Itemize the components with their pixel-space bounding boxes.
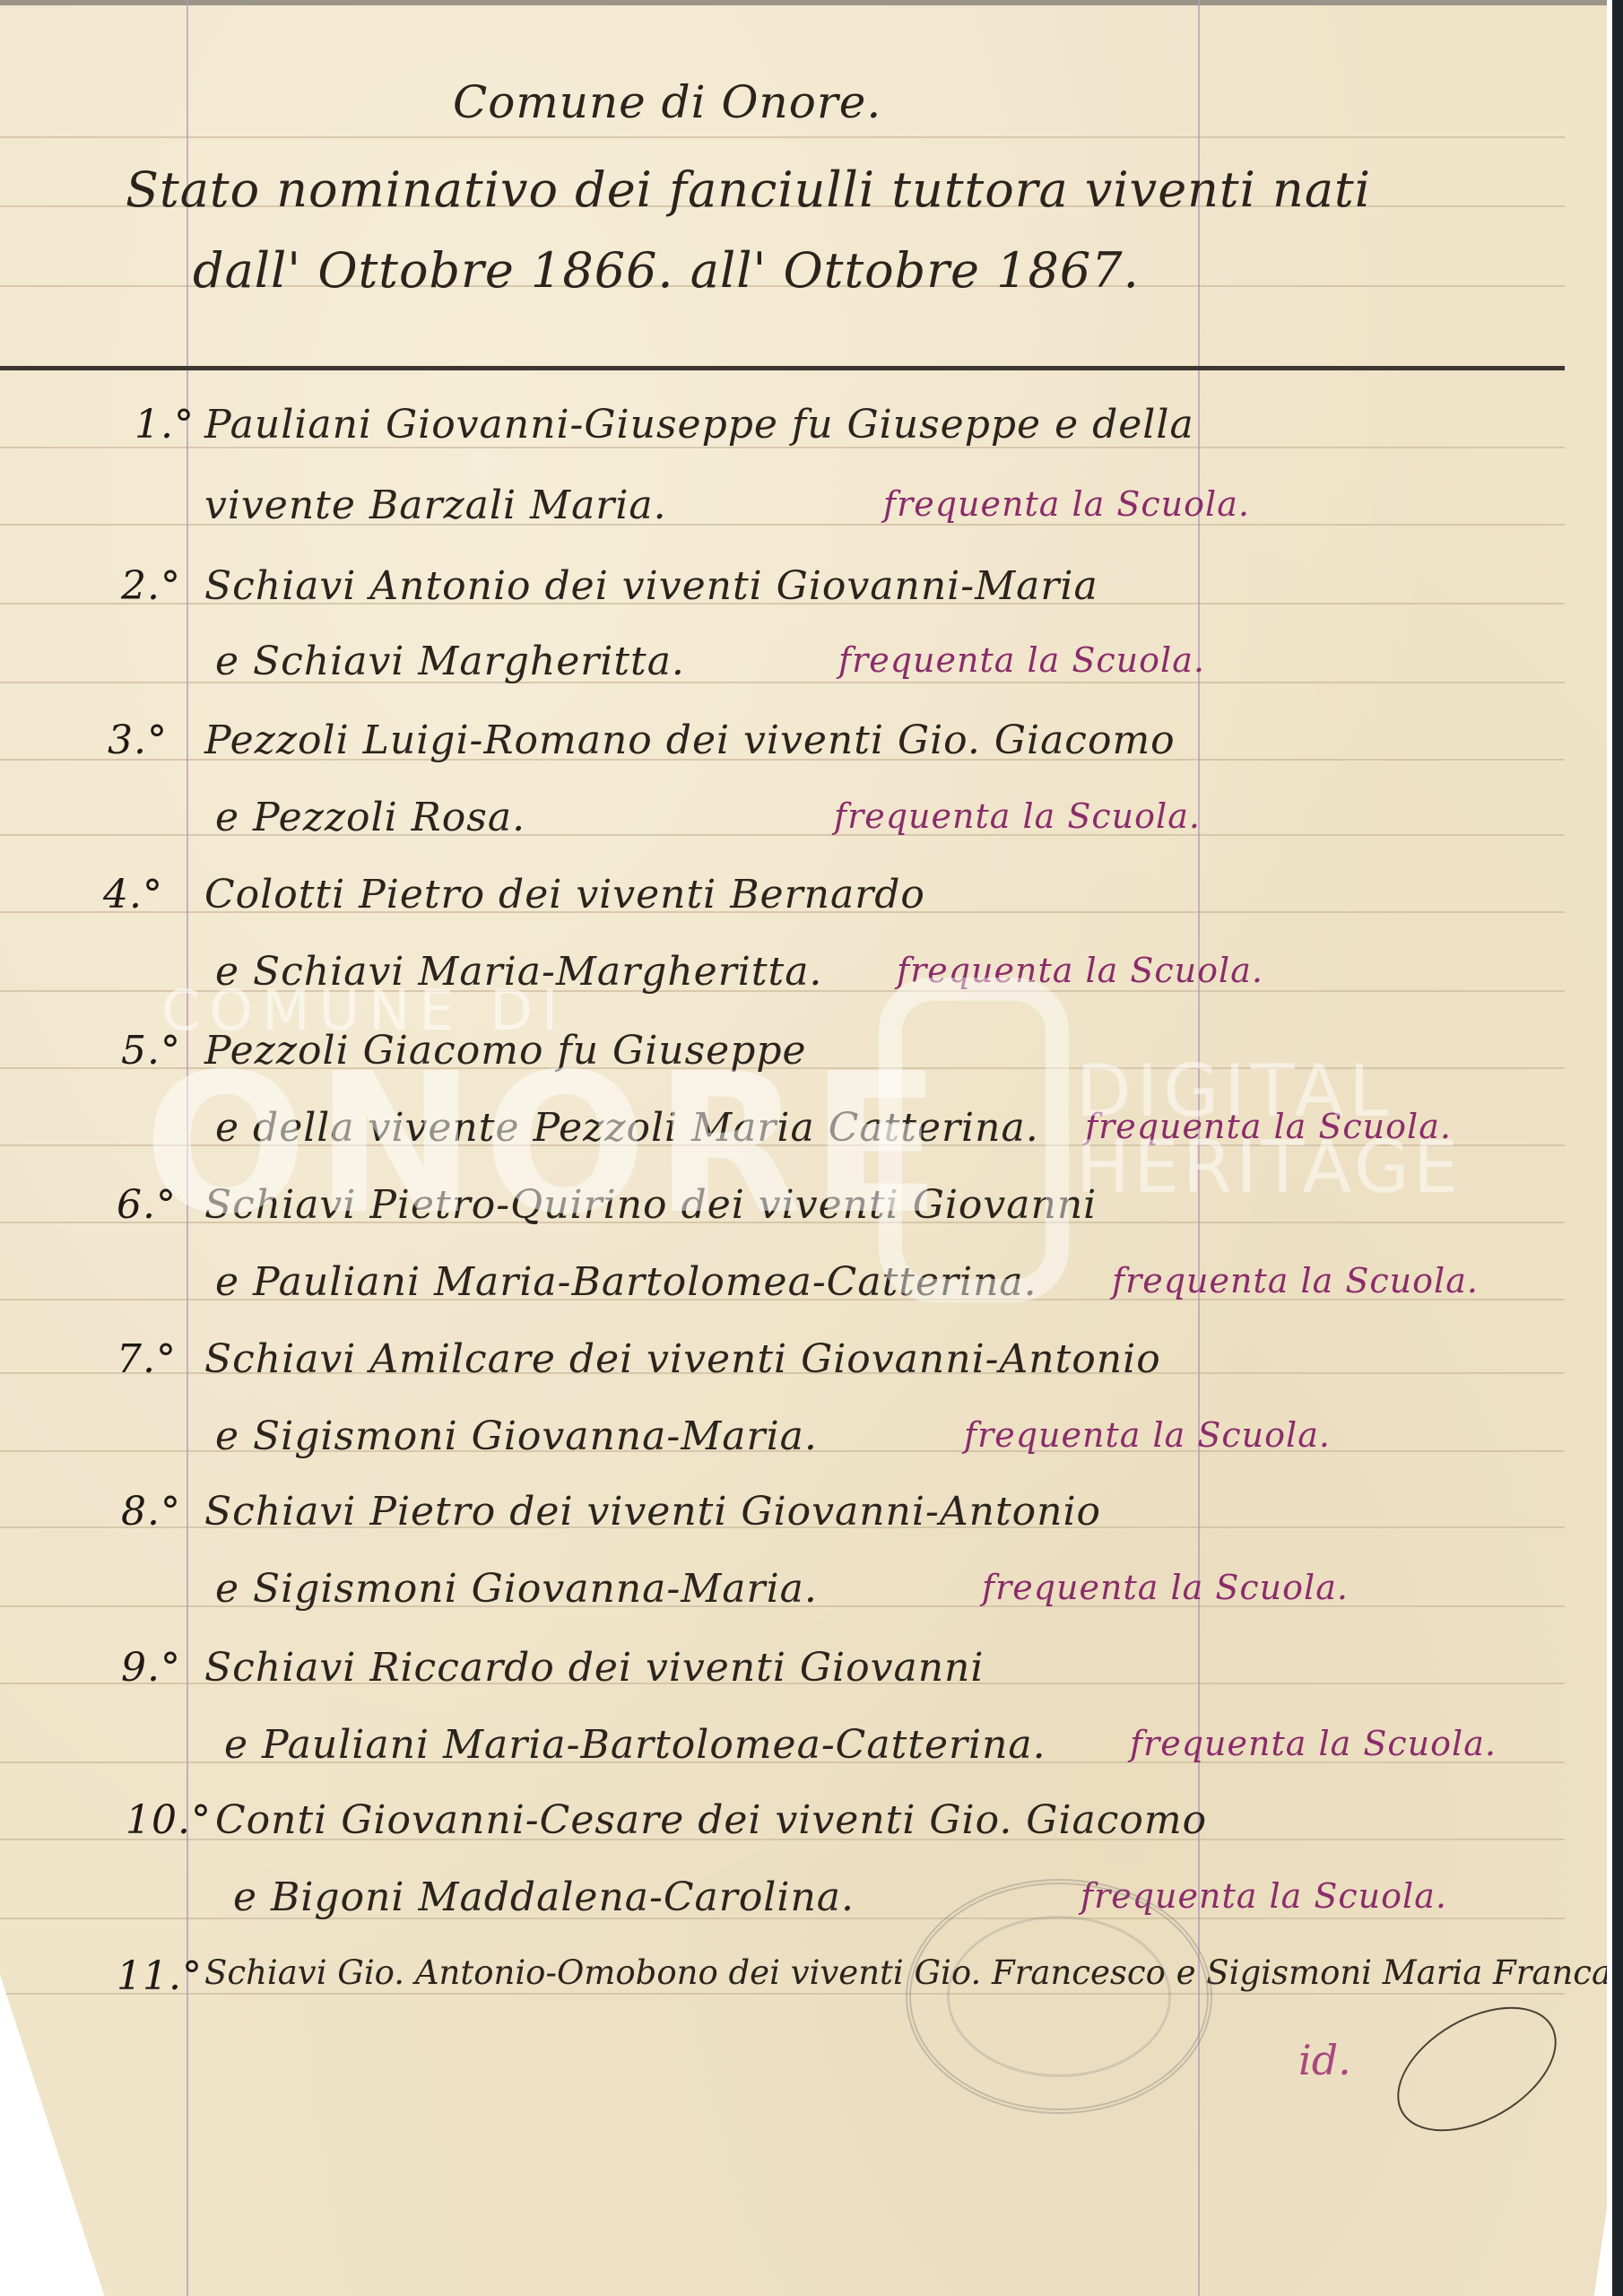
entry-line-1: Schiavi Amilcare dei viventi Giovanni-An… <box>204 1336 1161 1382</box>
entry-number: 7.° <box>117 1336 177 1382</box>
entry-number: 5.° <box>121 1028 181 1074</box>
entry-number: 10.° <box>126 1797 212 1843</box>
header-divider-rule <box>0 366 1565 370</box>
entry-number: 2.° <box>121 563 181 609</box>
school-attendance-note: frequenta la Scuola. <box>964 1415 1331 1455</box>
entry-number: 1.° <box>135 402 195 448</box>
ruled-line <box>0 136 1565 138</box>
ruled-line <box>0 1993 1565 1995</box>
school-attendance-note: frequenta la Scuola. <box>1085 1107 1452 1146</box>
entry-line-2: e Bigoni Maddalena-Carolina. <box>233 1874 855 1920</box>
entry-number: 9.° <box>121 1645 181 1691</box>
scan-border-dark <box>1612 0 1623 2296</box>
entry-line-1: Schiavi Pietro-Quirino dei viventi Giova… <box>204 1182 1097 1228</box>
document-title-line-1: Stato nominativo dei fanciulli tuttora v… <box>126 161 1371 218</box>
left-margin-line <box>187 0 188 2296</box>
entry-number: 8.° <box>121 1489 181 1535</box>
clerk-initials: id. <box>1298 2036 1351 2084</box>
entry-line-1: Pauliani Giovanni-Giuseppe fu Giuseppe e… <box>204 402 1194 448</box>
school-attendance-note: frequenta la Scuola. <box>982 1568 1349 1607</box>
document-page: Comune di Onore. Stato nominativo dei fa… <box>0 0 1607 2296</box>
school-attendance-note: frequenta la Scuola. <box>1130 1724 1497 1763</box>
municipality-heading: Comune di Onore. <box>453 76 881 128</box>
entry-line-1: Pezzoli Giacomo fu Giuseppe <box>204 1028 807 1074</box>
entry-line-1: Schiavi Riccardo dei viventi Giovanni <box>204 1645 984 1691</box>
document-title-line-2: dall' Ottobre 1866. all' Ottobre 1867. <box>193 242 1140 299</box>
entry-number: 6.° <box>117 1182 177 1228</box>
entry-number: 4.° <box>103 872 163 918</box>
entry-line-1: Schiavi Pietro dei viventi Giovanni-Anto… <box>204 1489 1101 1535</box>
entry-line-1: Colotti Pietro dei viventi Bernardo <box>204 872 925 918</box>
official-seal-stamp <box>906 1879 1212 2114</box>
entry-line-2: e della vivente Pezzoli Maria Catterina. <box>215 1105 1039 1151</box>
entry-line-2: e Sigismoni Giovanna-Maria. <box>215 1413 818 1459</box>
page-top-edge <box>0 0 1607 5</box>
seal-inner-ring <box>947 1916 1171 2077</box>
signature-flourish <box>1376 1981 1577 2157</box>
entry-line-2: e Sigismoni Giovanna-Maria. <box>215 1566 818 1612</box>
entry-number: 3.° <box>108 717 168 763</box>
school-attendance-note: frequenta la Scuola. <box>1112 1261 1479 1300</box>
entry-line-2: e Schiavi Margheritta. <box>215 639 685 684</box>
school-attendance-note: frequenta la Scuola. <box>834 796 1201 836</box>
entry-line-2: e Schiavi Maria-Margheritta. <box>215 949 822 995</box>
entry-line-2: e Pezzoli Rosa. <box>215 795 525 840</box>
entry-number: 11.° <box>117 1953 203 1999</box>
school-attendance-note: frequenta la Scuola. <box>883 484 1250 524</box>
entry-line-1: Schiavi Antonio dei viventi Giovanni-Mar… <box>204 563 1098 609</box>
school-attendance-note: frequenta la Scuola. <box>897 951 1263 990</box>
entry-line-2: e Pauliani Maria-Bartolomea-Catterina. <box>224 1722 1046 1768</box>
entry-line-2: e Pauliani Maria-Bartolomea-Catterina. <box>215 1259 1037 1305</box>
entry-line-1: Pezzoli Luigi-Romano dei viventi Gio. Gi… <box>204 717 1176 763</box>
entry-line-2: vivente Barzali Maria. <box>204 483 667 528</box>
school-attendance-note: frequenta la Scuola. <box>838 640 1205 680</box>
entry-line-1: Conti Giovanni-Cesare dei viventi Gio. G… <box>215 1797 1207 1843</box>
